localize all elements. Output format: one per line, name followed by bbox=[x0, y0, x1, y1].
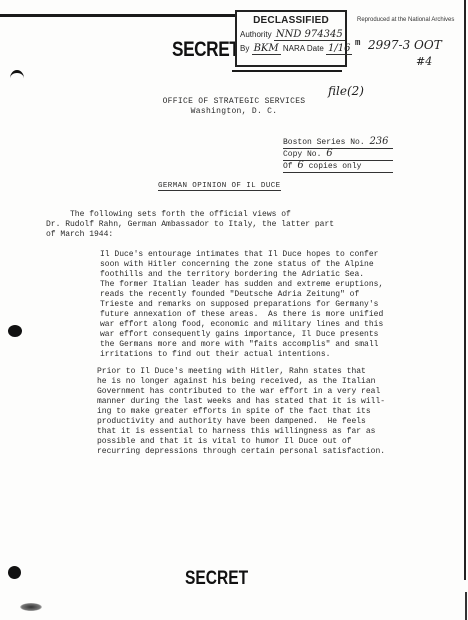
letterhead-city: Washington, D. C. bbox=[0, 107, 468, 116]
handwritten-number: 2997-3 OOT bbox=[368, 38, 442, 52]
handwritten-file: file(2) bbox=[328, 84, 364, 98]
punch-hole-icon bbox=[8, 566, 21, 579]
page-edge-line bbox=[464, 0, 466, 580]
page-edge-line-lower bbox=[465, 592, 467, 620]
stamp-underline bbox=[232, 70, 342, 72]
punch-hole-icon bbox=[8, 325, 22, 337]
reproduced-note: Reproduced at the National Archives bbox=[357, 17, 454, 23]
stamp-by-value: BKM bbox=[252, 43, 281, 55]
series-line-3: Of 6 copies only bbox=[283, 161, 393, 173]
stamp-by-label: By bbox=[240, 44, 249, 53]
stamp-by-row: By BKM NARA Date 1/16 bbox=[240, 43, 345, 54]
copy-number: 6 bbox=[326, 148, 332, 159]
document-title: GERMAN OPINION OF IL DUCE bbox=[158, 182, 281, 191]
stamp-authority-label: Authority bbox=[240, 30, 272, 39]
stamp-authority-value: NND 974345 bbox=[274, 29, 345, 41]
stamp-title: DECLASSIFIED bbox=[237, 15, 345, 26]
stamp-nara-value: 1/16 bbox=[326, 43, 352, 55]
handwritten-sub: #4 bbox=[416, 55, 432, 68]
classification-top: SECRET bbox=[172, 38, 239, 62]
series-block: Boston Series No. 236 Copy No. 6 Of 6 co… bbox=[283, 137, 393, 173]
intro-paragraph: The following sets forth the official vi… bbox=[46, 210, 334, 240]
stamp-authority-row: Authority NND 974345 bbox=[240, 29, 345, 40]
series-line-1: Boston Series No. 236 bbox=[283, 137, 393, 149]
declassified-stamp: DECLASSIFIED Authority NND 974345 By BKM… bbox=[235, 10, 347, 67]
series-number: 236 bbox=[369, 136, 388, 147]
paragraph-2: Prior to Il Duce's meeting with Hitler, … bbox=[97, 367, 385, 457]
side-mark: m bbox=[355, 38, 360, 48]
letterhead-office: OFFICE OF STRATEGIC SERVICES bbox=[0, 97, 468, 106]
classification-bottom: SECRET bbox=[185, 568, 248, 590]
punch-hole-arc-icon bbox=[10, 70, 24, 87]
copies-count: 6 bbox=[297, 160, 303, 171]
ink-smudge-icon bbox=[20, 603, 42, 611]
paragraph-1: Il Duce's entourage intimates that Il Du… bbox=[100, 250, 383, 360]
stamp-nara-label: NARA Date bbox=[283, 44, 324, 53]
